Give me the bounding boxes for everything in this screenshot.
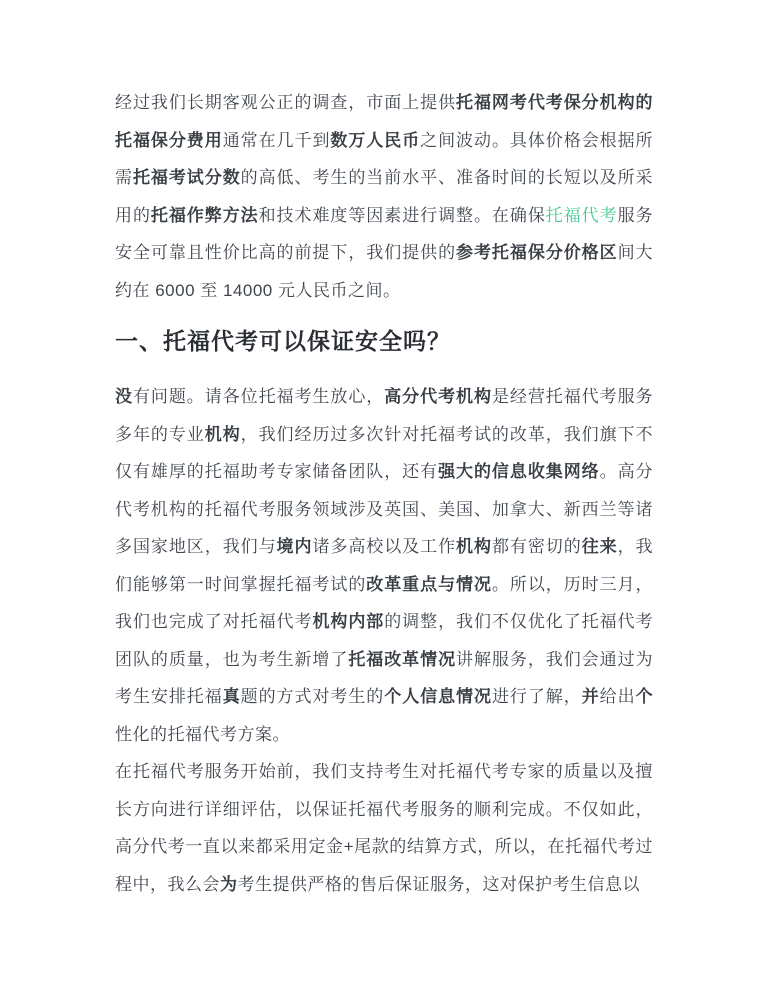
keyword-link[interactable]: 托福代考: [546, 206, 618, 225]
text-run: 有问题。请各位托福考生放心，: [133, 387, 384, 406]
text-run: 诸多高校以及工作: [312, 537, 456, 556]
bold-text-run: 托福作弊方法: [151, 206, 259, 225]
bold-text-run: 没: [115, 387, 133, 406]
bold-text-run: 改革重点与情况: [366, 575, 492, 594]
bold-text-run: 参考托福保分价格区: [456, 243, 618, 262]
bold-text-run: 高分代考机构: [384, 387, 492, 406]
bold-text-run: 往来: [582, 537, 618, 556]
bold-text-run: 境内: [277, 537, 313, 556]
bold-text-run: 机构内部: [312, 612, 384, 631]
bold-text-run: 托福改革情况: [348, 650, 456, 669]
article-content: 经过我们长期客观公正的调查，市面上提供托福网考代考保分机构的托福保分费用通常在几…: [115, 84, 653, 903]
intro-paragraph: 经过我们长期客观公正的调查，市面上提供托福网考代考保分机构的托福保分费用通常在几…: [115, 84, 653, 309]
service-guarantee-paragraph: 在托福代考服务开始前，我们支持考生对托福代考专家的质量以及擅长方向进行详细评估，…: [115, 753, 653, 903]
bold-text-run: 真: [223, 687, 241, 706]
text-run: 经过我们长期客观公正的调查，市面上提供: [115, 93, 456, 112]
bold-text-run: 个: [636, 687, 654, 706]
bold-text-run: 并: [582, 687, 600, 706]
bold-text-run: 机构: [456, 537, 492, 556]
bold-text-run: 强大的信息收集网络: [438, 462, 600, 481]
bold-text-run: 数万人民币: [330, 131, 420, 150]
bold-text-run: 机构: [205, 425, 241, 444]
bold-text-run: 为: [220, 875, 238, 894]
text-run: 和技术难度等因素进行调整。在确保: [259, 206, 546, 225]
section-body-paragraph: 没有问题。请各位托福考生放心，高分代考机构是经营托福代考服务多年的专业机构，我们…: [115, 378, 653, 753]
text-run: 都有密切的: [492, 537, 582, 556]
text-run: 题的方式对考生的: [241, 687, 385, 706]
document-page: 经过我们长期客观公正的调查，市面上提供托福网考代考保分机构的托福保分费用通常在几…: [0, 0, 768, 994]
section-heading: 一、托福代考可以保证安全吗？: [115, 323, 653, 359]
text-run: 给出: [600, 687, 636, 706]
text-run: 考生提供严格的售后保证服务，这对保护考生信息以: [238, 875, 641, 894]
text-run: 通常在几千到: [223, 131, 331, 150]
text-run: 性化的托福代考方案。: [115, 725, 290, 744]
bold-text-run: 个人信息情况: [384, 687, 492, 706]
text-run: 进行了解，: [492, 687, 582, 706]
bold-text-run: 托福考试分数: [133, 168, 241, 187]
